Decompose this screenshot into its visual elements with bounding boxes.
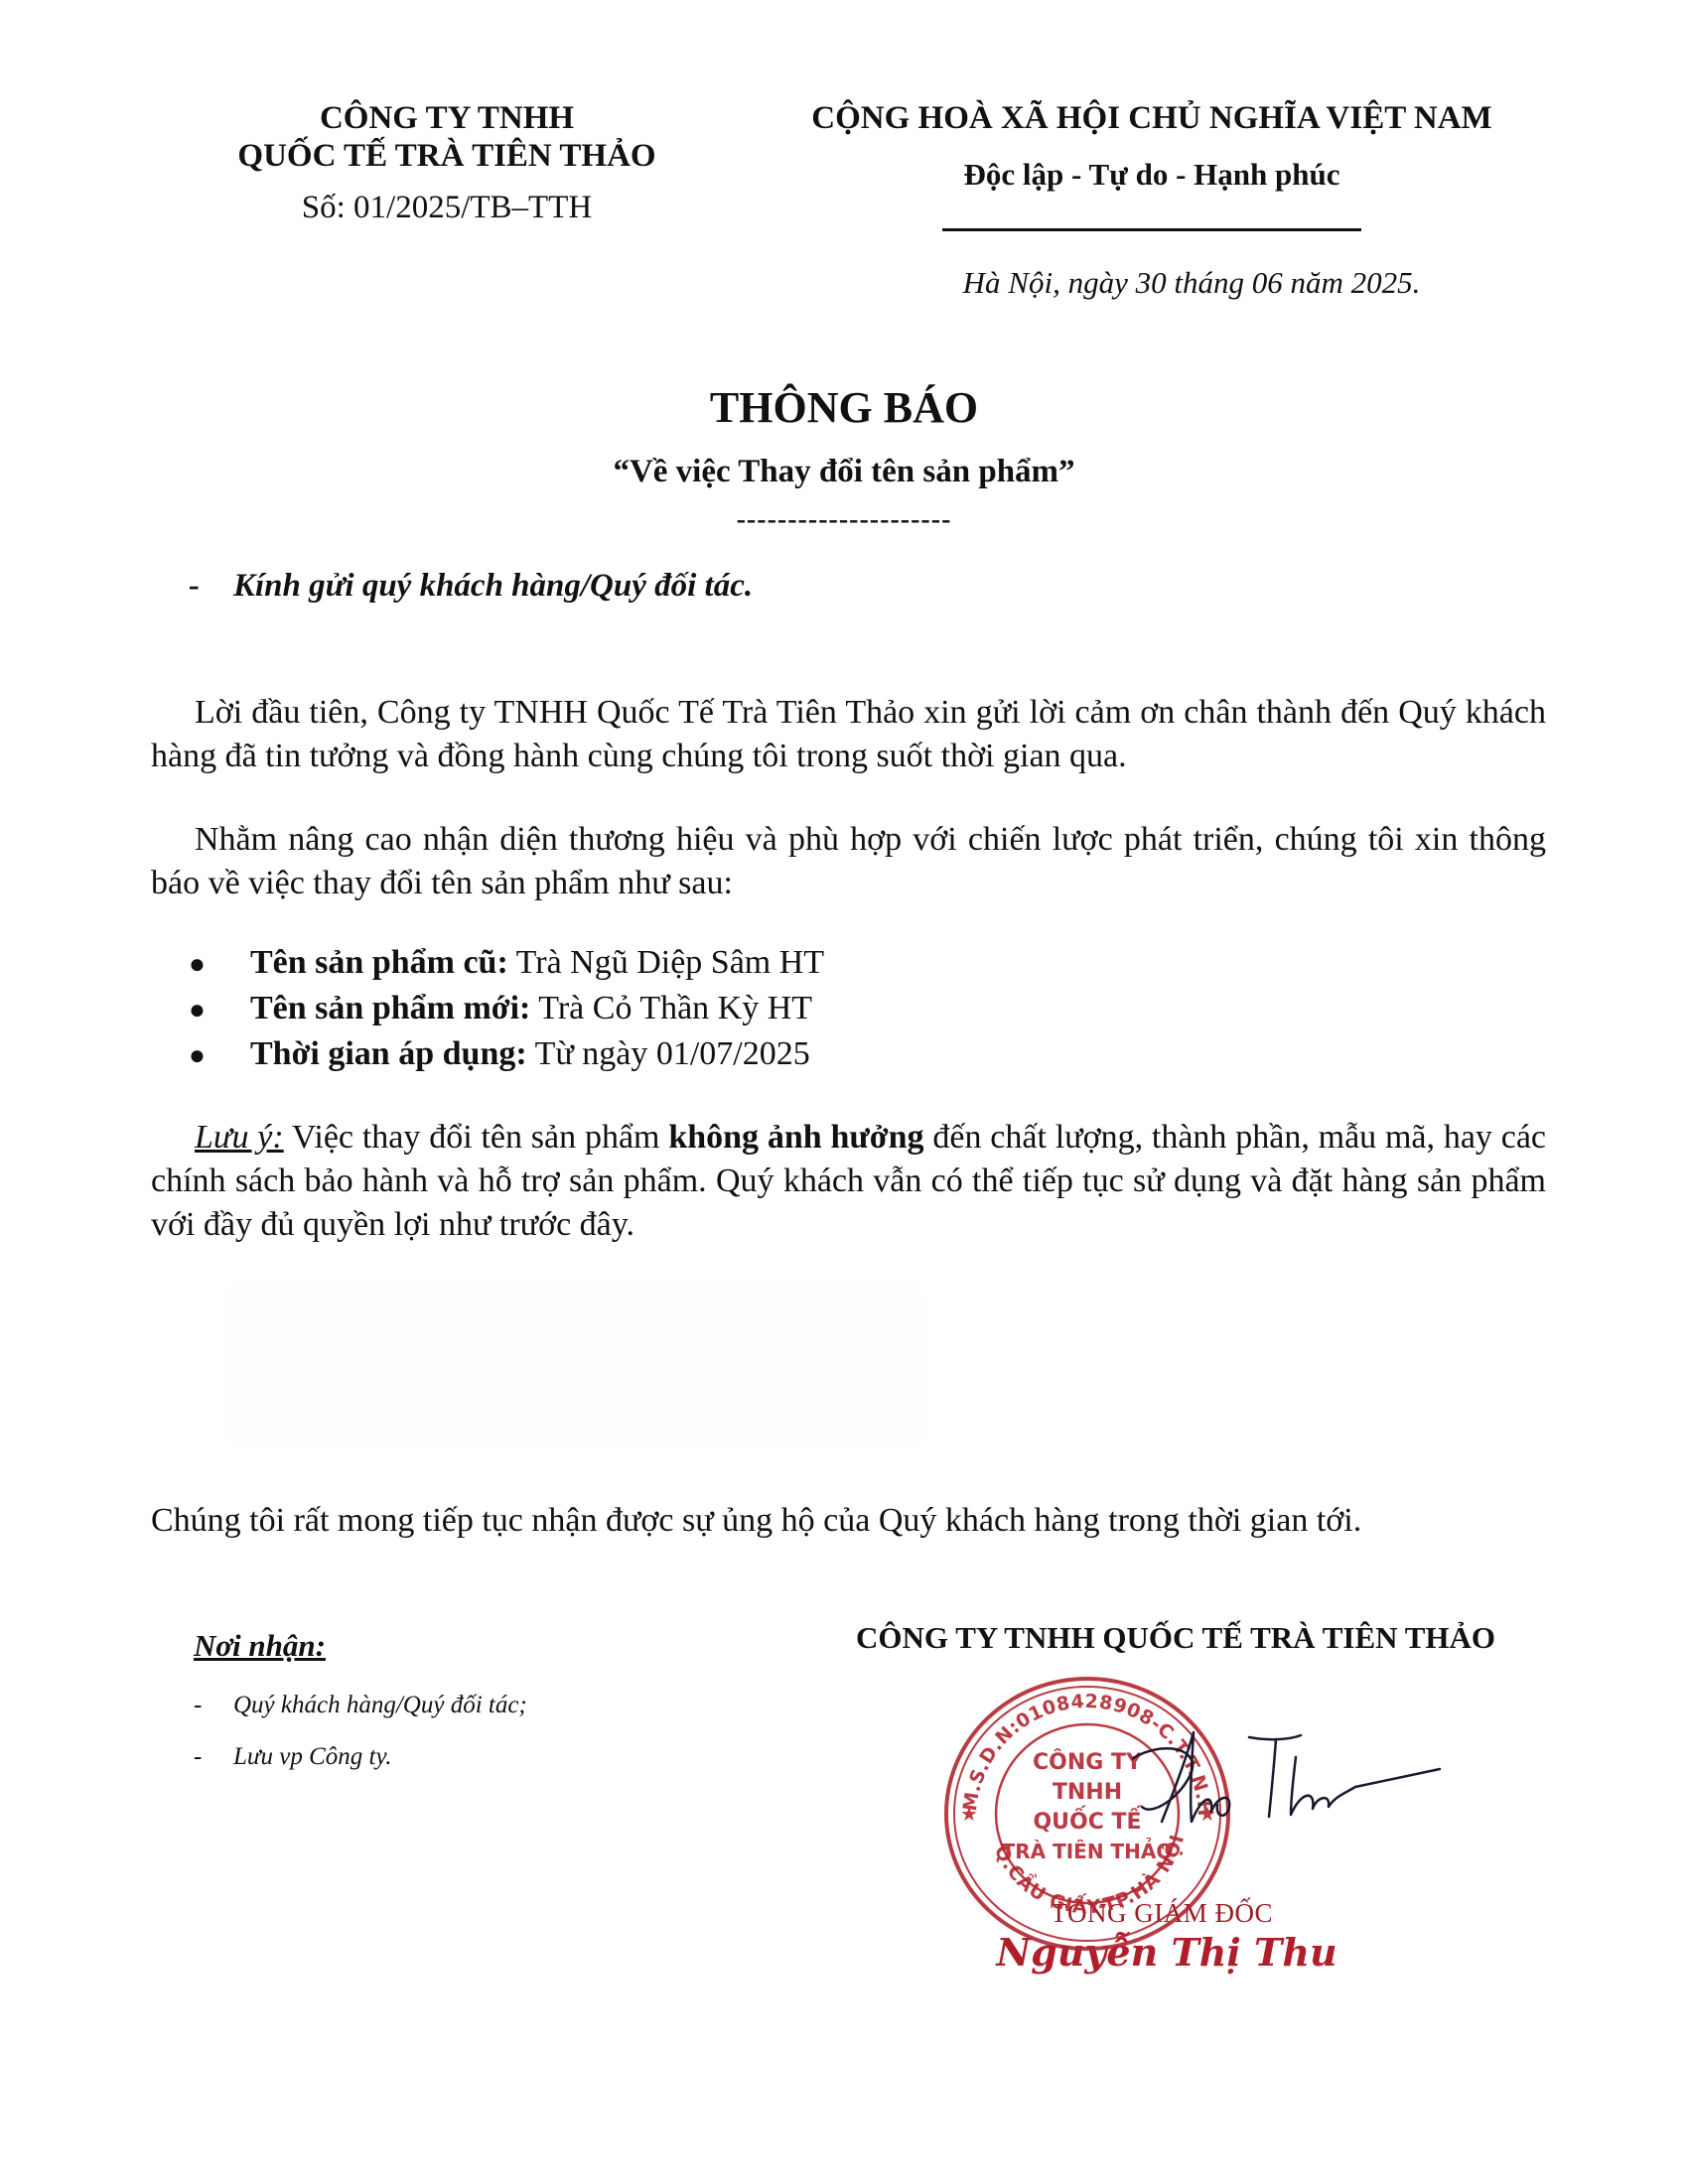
paragraph-intro-text: Lời đầu tiên, Công ty TNHH Quốc Tế Trà T… bbox=[151, 694, 1546, 774]
recipient-text: Quý khách hàng/Quý đối tác; bbox=[233, 1692, 527, 1719]
old-name-value: Trà Ngũ Diệp Sâm HT bbox=[508, 944, 824, 981]
list-item-old-name: ● Tên sản phẩm cũ: Trà Ngũ Diệp Sâm HT bbox=[189, 941, 824, 987]
bullet-icon: ● bbox=[189, 1034, 250, 1078]
date-place: Hà Nội, ngày 30 tháng 06 năm 2025. bbox=[755, 265, 1549, 301]
recipients-heading: Nơi nhận: bbox=[194, 1628, 527, 1664]
signatory-company: CÔNG TY TNHH QUỐC TẾ TRÀ TIÊN THẢO bbox=[856, 1620, 1495, 1656]
paragraph-note: Lưu ý: Việc thay đổi tên sản phẩm không … bbox=[151, 1116, 1546, 1247]
document-title: THÔNG BÁO bbox=[0, 382, 1688, 434]
handwritten-signature-icon bbox=[1132, 1727, 1450, 1837]
recipient-text: Lưu vp Công ty. bbox=[233, 1743, 391, 1771]
document-number: Số: 01/2025/TB–TTH bbox=[199, 189, 695, 226]
motto-underline bbox=[942, 228, 1361, 231]
stamp-inner-line1: CÔNG TY bbox=[1033, 1749, 1143, 1775]
bullet-icon: ● bbox=[189, 943, 250, 987]
new-name-value: Trà Cỏ Thần Kỳ HT bbox=[530, 990, 812, 1026]
list-item-new-name: ● Tên sản phẩm mới: Trà Cỏ Thần Kỳ HT bbox=[189, 987, 824, 1032]
issuer-company-line2: QUỐC TẾ TRÀ TIÊN THẢO bbox=[199, 137, 695, 175]
note-emphasis: không ảnh hưởng bbox=[668, 1119, 923, 1156]
national-motto: Độc lập - Tự do - Hạnh phúc bbox=[755, 157, 1549, 193]
note-label: Lưu ý: bbox=[195, 1119, 284, 1156]
title-block: THÔNG BÁO “Về việc Thay đổi tên sản phẩm… bbox=[0, 382, 1688, 535]
document-subject: “Về việc Thay đổi tên sản phẩm” bbox=[0, 452, 1688, 491]
stamp-inner-line2: TNHH bbox=[1053, 1780, 1122, 1805]
recipient-item: - Quý khách hàng/Quý đối tác; bbox=[194, 1692, 527, 1719]
note-text-before: Việc thay đổi tên sản phẩm bbox=[284, 1119, 669, 1156]
greeting-dash: - bbox=[189, 568, 233, 605]
issuer-header: CÔNG TY TNHH QUỐC TẾ TRÀ TIÊN THẢO Số: 0… bbox=[199, 99, 695, 226]
issuer-company-line1: CÔNG TY TNHH bbox=[199, 99, 695, 137]
greeting: -Kính gửi quý khách hàng/Quý đối tác. bbox=[189, 568, 753, 605]
change-details-list: ● Tên sản phẩm cũ: Trà Ngũ Diệp Sâm HT ●… bbox=[189, 941, 824, 1078]
old-name-label: Tên sản phẩm cũ: bbox=[250, 944, 508, 981]
national-header: CỘNG HOÀ XÃ HỘI CHỦ NGHĨA VIỆT NAM Độc l… bbox=[755, 99, 1549, 301]
recipient-dash: - bbox=[194, 1692, 233, 1719]
paragraph-intro: Lời đầu tiên, Công ty TNHH Quốc Tế Trà T… bbox=[151, 691, 1546, 778]
bullet-icon: ● bbox=[189, 989, 250, 1032]
recipient-dash: - bbox=[194, 1743, 233, 1771]
recipients-block: Nơi nhận: - Quý khách hàng/Quý đối tác; … bbox=[194, 1628, 527, 1771]
svg-text:★: ★ bbox=[960, 1802, 978, 1826]
paragraph-purpose: Nhằm nâng cao nhận diện thương hiệu và p… bbox=[151, 818, 1546, 905]
title-separator: --------------------- bbox=[0, 505, 1688, 535]
effective-date-value: Từ ngày 01/07/2025 bbox=[527, 1035, 810, 1072]
nation-title: CỘNG HOÀ XÃ HỘI CHỦ NGHĨA VIỆT NAM bbox=[755, 99, 1549, 137]
recipient-item: - Lưu vp Công ty. bbox=[194, 1743, 527, 1771]
stamp-inner-line3: QUỐC TẾ bbox=[1033, 1806, 1142, 1835]
effective-date-label: Thời gian áp dụng: bbox=[250, 1035, 527, 1072]
closing-sentence: Chúng tôi rất mong tiếp tục nhận được sự… bbox=[151, 1499, 1361, 1543]
greeting-text: Kính gửi quý khách hàng/Quý đối tác. bbox=[233, 568, 753, 604]
new-name-label: Tên sản phẩm mới: bbox=[250, 990, 530, 1026]
stamp-inner-line4: TRÀ TIÊN THẢO bbox=[1002, 1839, 1174, 1863]
erased-region bbox=[228, 1281, 923, 1449]
list-item-effective-date: ● Thời gian áp dụng: Từ ngày 01/07/2025 bbox=[189, 1032, 824, 1078]
paragraph-purpose-text: Nhằm nâng cao nhận diện thương hiệu và p… bbox=[151, 821, 1546, 901]
